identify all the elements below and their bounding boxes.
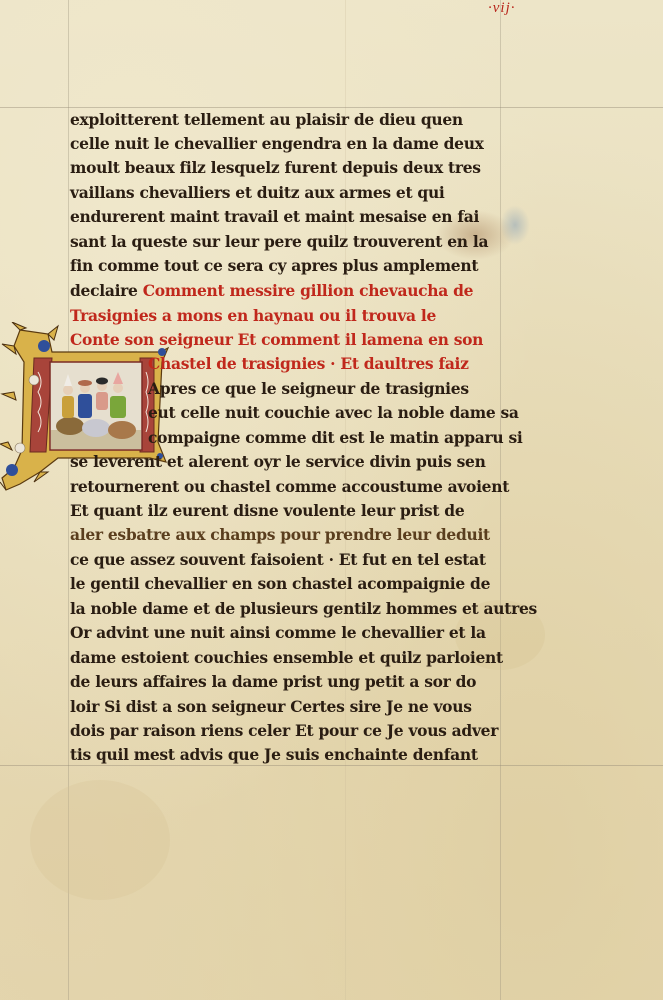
text-segment: endurerent maint travail et maint mesais… <box>70 207 479 226</box>
text-line: exploitterent tellement au plaisir de di… <box>70 108 463 132</box>
text-segment: tis quil mest advis que Je suis enchaint… <box>70 745 478 764</box>
text-line: declaire Comment messire gillion chevauc… <box>70 279 473 303</box>
ruling-line-right <box>500 0 501 1000</box>
text-segment: la noble dame et de plusieurs gentilz ho… <box>70 599 537 618</box>
text-segment: de leurs affaires la dame prist ung peti… <box>70 672 476 691</box>
text-line: Conte son seigneur Et comment il lamena … <box>70 328 483 352</box>
rubric-heading: Trasignies a mons en haynau ou il trouva… <box>70 306 436 325</box>
text-segment: eut celle nuit couchie avec la noble dam… <box>148 403 519 422</box>
rubric-heading: Chastel de trasignies · Et daultres faiz <box>148 354 469 373</box>
parchment-stain <box>30 780 170 900</box>
text-line: vaillans chevalliers et duitz aux armes … <box>70 181 445 205</box>
text-segment: Et quant ilz eurent disne voulente leur … <box>70 501 464 520</box>
manuscript-page: ·vij· <box>0 0 663 1000</box>
text-segment: retournerent ou chastel comme accoustume… <box>70 477 509 496</box>
text-line: sant la queste sur leur pere quilz trouv… <box>70 230 488 254</box>
text-segment: ce que assez souvent faisoient · Et fut … <box>70 550 486 569</box>
text-line: ce que assez souvent faisoient · Et fut … <box>70 548 486 572</box>
rubric-heading: Conte son seigneur Et comment il lamena … <box>70 330 483 349</box>
text-line: tis quil mest advis que Je suis enchaint… <box>70 743 478 767</box>
folio-number: ·vij· <box>488 0 516 17</box>
text-line: Chastel de trasignies · Et daultres faiz <box>148 352 469 376</box>
faded-flourish-blue <box>500 205 530 245</box>
text-segment: loir Si dist a son seigneur Certes sire … <box>70 697 472 716</box>
text-segment: dois par raison riens celer Et pour ce J… <box>70 721 498 740</box>
text-segment: Or advint une nuit ainsi comme le cheval… <box>70 623 486 642</box>
text-line: loir Si dist a son seigneur Certes sire … <box>70 695 472 719</box>
text-line: moult beaux filz lesquelz furent depuis … <box>70 156 481 180</box>
text-segment: celle nuit le chevallier engendra en la … <box>70 134 484 153</box>
text-line: Apres ce que le seigneur de trasignies <box>148 377 469 401</box>
text-segment: fin comme tout ce sera cy apres plus amp… <box>70 256 478 275</box>
text-line: se leverent et alerent oyr le service di… <box>70 450 486 474</box>
text-line: dois par raison riens celer Et pour ce J… <box>70 719 498 743</box>
text-segment: Apres ce que le seigneur de trasignies <box>148 379 469 398</box>
text-segment: compaigne comme dit est le matin apparu … <box>148 428 522 447</box>
text-line: Or advint une nuit ainsi comme le cheval… <box>70 621 486 645</box>
text-segment: vaillans chevalliers et duitz aux armes … <box>70 183 445 202</box>
text-segment: exploitterent tellement au plaisir de di… <box>70 110 463 129</box>
text-line: le gentil chevallier en son chastel acom… <box>70 572 490 596</box>
text-line: aler esbatre aux champs pour prendre leu… <box>70 523 490 547</box>
text-segment: le gentil chevallier en son chastel acom… <box>70 574 490 593</box>
text-line: celle nuit le chevallier engendra en la … <box>70 132 484 156</box>
text-segment: se leverent et alerent oyr le service di… <box>70 452 486 471</box>
text-segment: dame estoient couchies ensemble et quilz… <box>70 648 503 667</box>
text-segment: aler esbatre aux champs pour prendre leu… <box>70 525 490 544</box>
text-line: fin comme tout ce sera cy apres plus amp… <box>70 254 478 278</box>
text-line: la noble dame et de plusieurs gentilz ho… <box>70 597 537 621</box>
text-line: retournerent ou chastel comme accoustume… <box>70 475 509 499</box>
text-segment: sant la queste sur leur pere quilz trouv… <box>70 232 488 251</box>
text-line: dame estoient couchies ensemble et quilz… <box>70 646 503 670</box>
text-line: de leurs affaires la dame prist ung peti… <box>70 670 476 694</box>
text-line: eut celle nuit couchie avec la noble dam… <box>148 401 519 425</box>
text-segment: moult beaux filz lesquelz furent depuis … <box>70 158 481 177</box>
rubric-heading: Comment messire gillion chevaucha de <box>143 281 474 300</box>
text-line: Trasignies a mons en haynau ou il trouva… <box>70 304 436 328</box>
text-line: Et quant ilz eurent disne voulente leur … <box>70 499 464 523</box>
text-segment: declaire <box>70 281 143 300</box>
text-line: endurerent maint travail et maint mesais… <box>70 205 479 229</box>
text-line: compaigne comme dit est le matin apparu … <box>148 426 522 450</box>
